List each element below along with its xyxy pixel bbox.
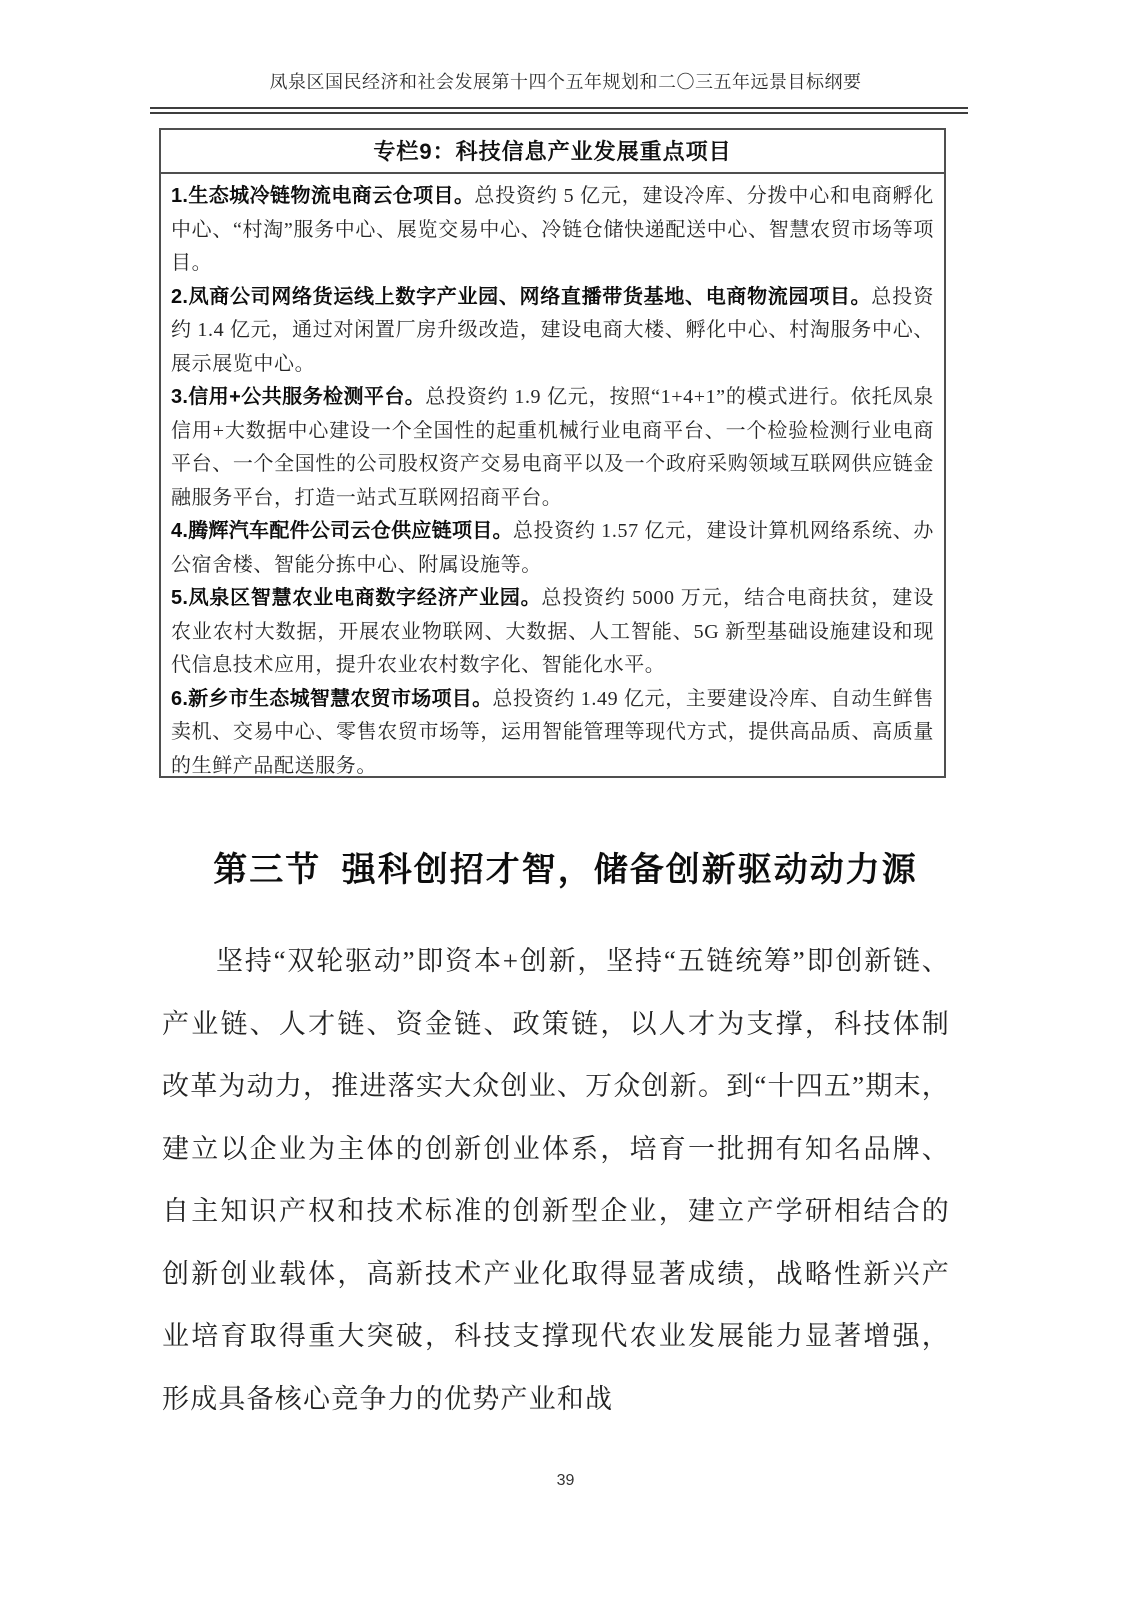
feature-box: 专栏9：科技信息产业发展重点项目 1.生态城冷链物流电商云仓项目。总投资约 5 … — [159, 128, 946, 778]
page-number: 39 — [0, 1472, 1131, 1490]
feature-box-title: 专栏9：科技信息产业发展重点项目 — [161, 130, 944, 174]
box-item-4-lead: 4.腾辉汽车配件公司云仓供应链项目。 — [171, 520, 513, 542]
box-item-3-lead: 3.信用+公共服务检测平台。 — [171, 386, 425, 408]
box-item-1-lead: 1.生态城冷链物流电商云仓项目。 — [171, 185, 474, 207]
section-title: 第三节 强科创招才智，储备创新驱动动力源 — [0, 842, 1131, 891]
box-item-5: 5.凤泉区智慧农业电商数字经济产业园。总投资约 5000 万元，结合电商扶贫，建… — [171, 582, 934, 683]
feature-box-body: 1.生态城冷链物流电商云仓项目。总投资约 5 亿元，建设冷库、分拨中心和电商孵化… — [161, 174, 944, 789]
box-item-6-lead: 6.新乡市生态城智慧农贸市场项目。 — [171, 688, 492, 710]
box-item-2-lead: 2.凤商公司网络货运线上数字产业园、网络直播带货基地、电商物流园项目。 — [171, 286, 871, 308]
header-rule — [150, 107, 968, 114]
box-item-1: 1.生态城冷链物流电商云仓项目。总投资约 5 亿元，建设冷库、分拨中心和电商孵化… — [171, 180, 934, 281]
box-item-5-lead: 5.凤泉区智慧农业电商数字经济产业园。 — [171, 587, 541, 609]
running-header-title: 凤泉区国民经济和社会发展第十四个五年规划和二〇三五年远景目标纲要 — [0, 68, 1131, 94]
box-item-6: 6.新乡市生态城智慧农贸市场项目。总投资约 1.49 亿元，主要建设冷库、自动生… — [171, 683, 934, 784]
body-paragraph: 坚持“双轮驱动”即资本+创新，坚持“五链统筹”即创新链、产业链、人才链、资金链、… — [162, 930, 950, 1430]
box-item-3: 3.信用+公共服务检测平台。总投资约 1.9 亿元，按照“1+4+1”的模式进行… — [171, 381, 934, 515]
box-item-4: 4.腾辉汽车配件公司云仓供应链项目。总投资约 1.57 亿元，建设计算机网络系统… — [171, 515, 934, 582]
box-item-2: 2.凤商公司网络货运线上数字产业园、网络直播带货基地、电商物流园项目。总投资约 … — [171, 281, 934, 382]
document-page: 凤泉区国民经济和社会发展第十四个五年规划和二〇三五年远景目标纲要 专栏9：科技信… — [0, 0, 1131, 1600]
